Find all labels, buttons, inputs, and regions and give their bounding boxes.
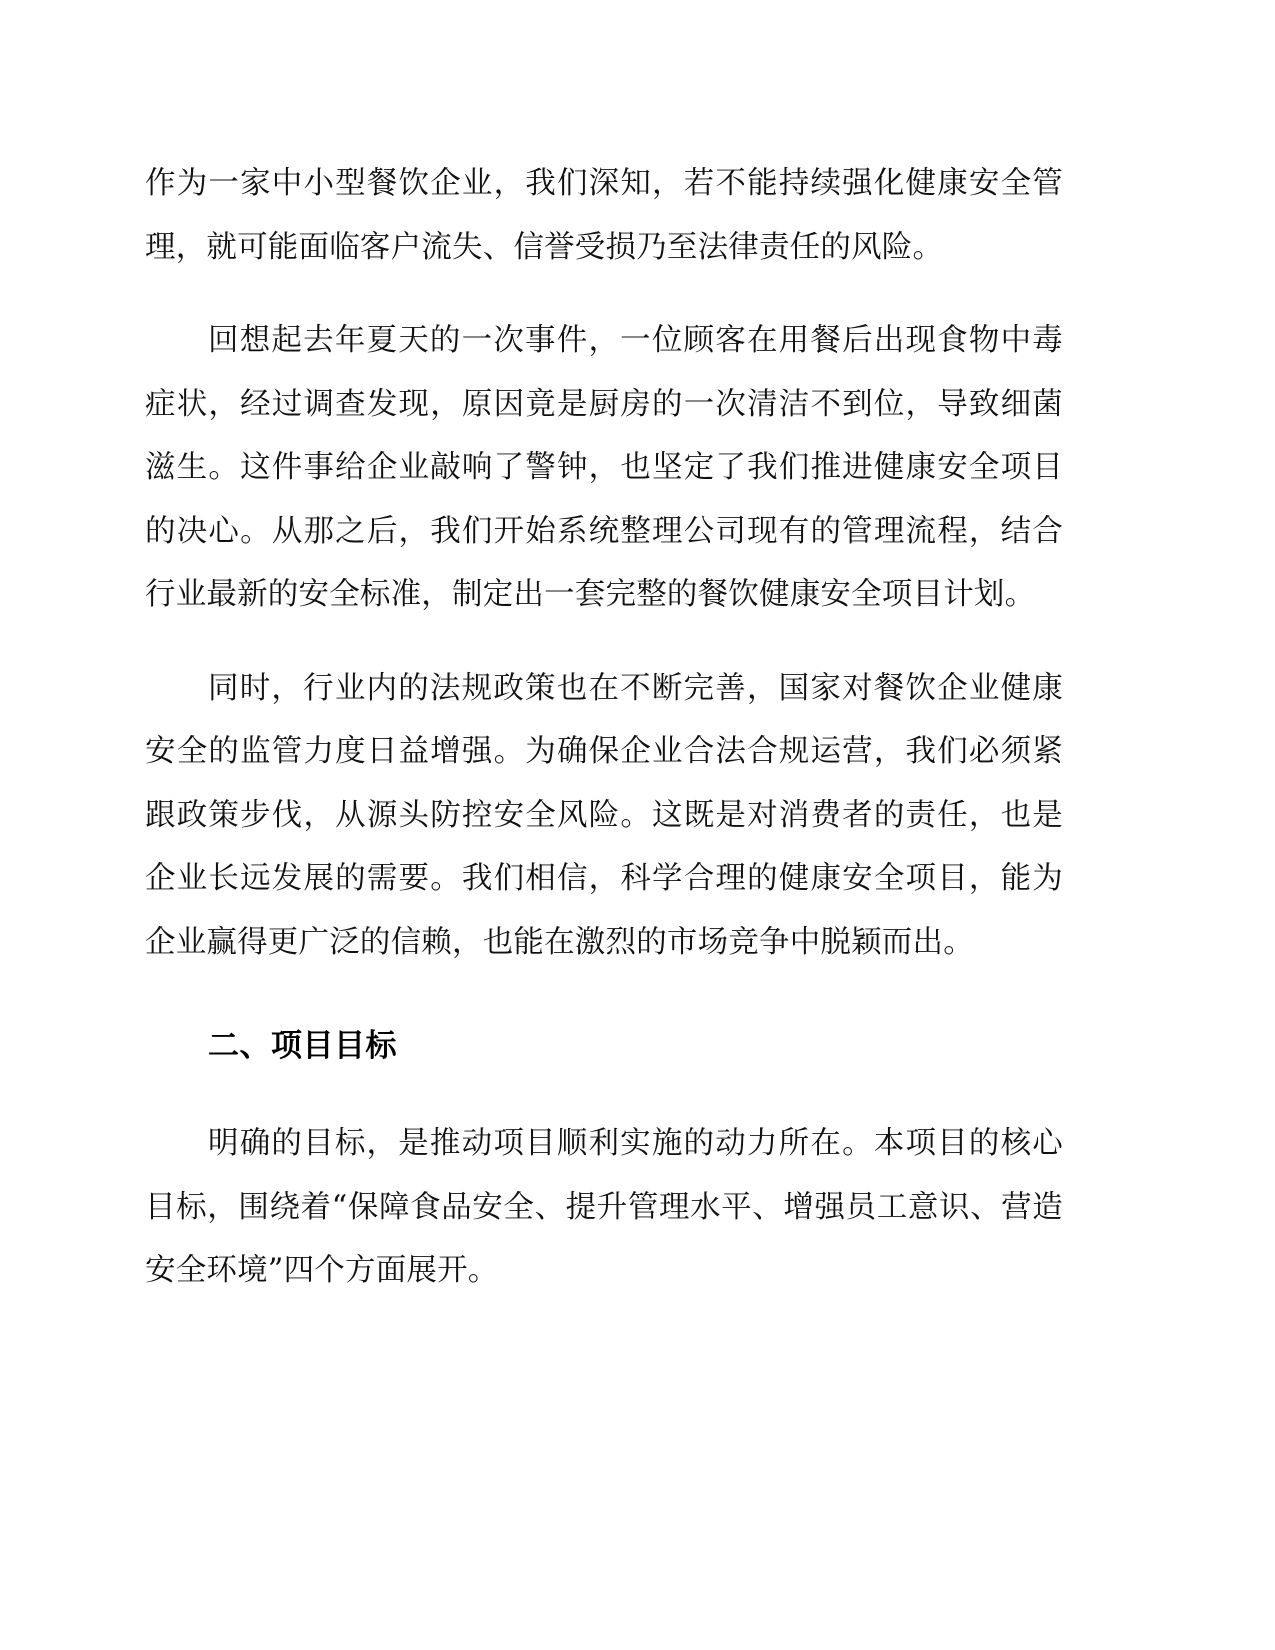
paragraph-food-poisoning-incident: 回想起去年夏天的一次事件，一位顾客在用餐后出现食物中毒症状，经过调查发现，原因竟… [145,309,1063,627]
document-page: 作为一家中小型餐饮企业，我们深知，若不能持续强化健康安全管理，就可能面临客户流失… [145,152,1063,1303]
paragraph-intro-continuation: 作为一家中小型餐饮企业，我们深知，若不能持续强化健康安全管理，就可能面临客户流失… [145,152,1063,279]
paragraph-project-goals: 明确的目标，是推动项目顺利实施的动力所在。本项目的核心目标，围绕着“保障食品安全… [145,1112,1063,1303]
paragraph-regulatory-context: 同时，行业内的法规政策也在不断完善，国家对餐饮企业健康安全的监管力度日益增强。为… [145,657,1063,975]
section-heading-project-goals: 二、项目目标 [145,1014,1063,1078]
